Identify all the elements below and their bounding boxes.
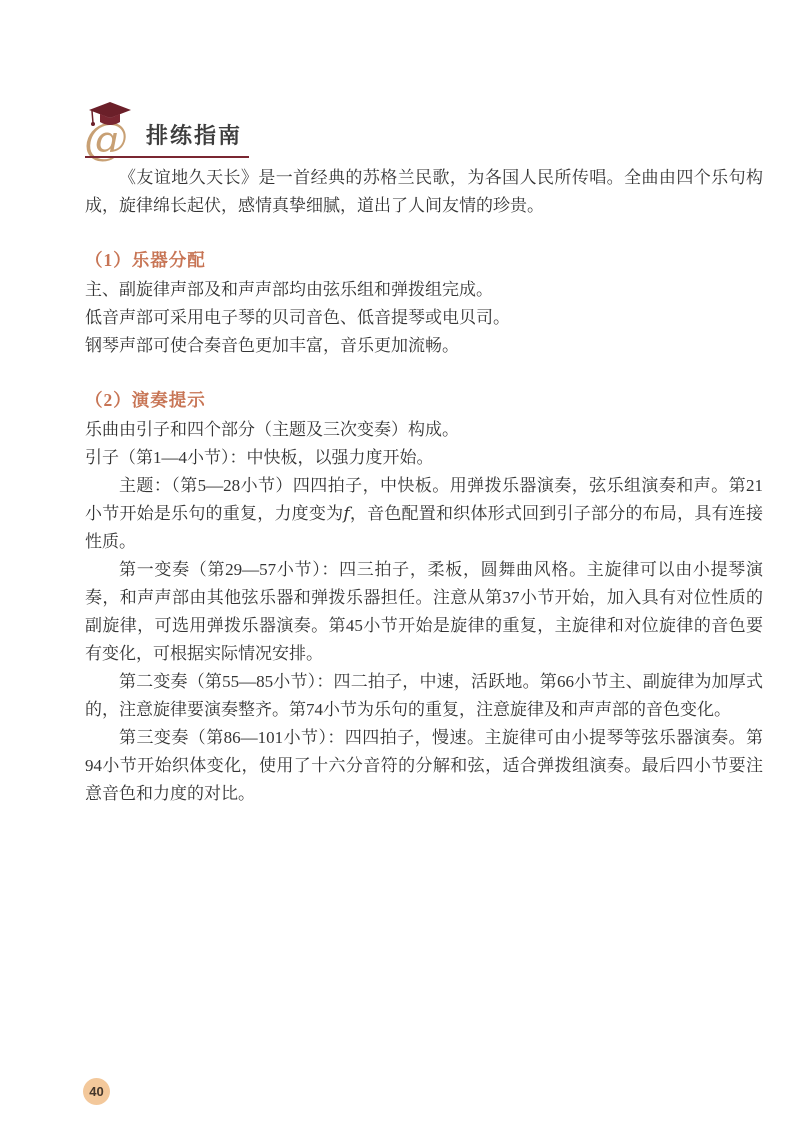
sections-container: （1）乐器分配主、副旋律声部及和声声部均由弦乐组和弹拨组完成。低音声部可采用电子… xyxy=(85,246,763,808)
intro-paragraph: 《友谊地久天长》是一首经典的苏格兰民歌，为各国人民所传唱。全曲由四个乐句构成，旋… xyxy=(85,164,763,220)
body-paragraph: 主题：（第5—28小节）四四拍子，中快板。用弹拨乐器演奏，弦乐组演奏和声。第21… xyxy=(85,472,763,556)
text-run: 引子（第1—4小节）：中快板，以强力度开始。 xyxy=(85,448,434,467)
document-page: @ 排练指南 《友谊地久天长》是一首经典的苏格兰民歌，为各国人民所传唱。全曲由四… xyxy=(0,0,805,1145)
body-paragraph: 主、副旋律声部及和声声部均由弦乐组和弹拨组完成。 xyxy=(85,276,763,304)
page-title: 排练指南 xyxy=(146,119,242,158)
body-paragraph: 第一变奏（第29—57小节）：四三拍子，柔板，圆舞曲风格。主旋律可以由小提琴演奏… xyxy=(85,556,763,668)
content-area: 《友谊地久天长》是一首经典的苏格兰民歌，为各国人民所传唱。全曲由四个乐句构成，旋… xyxy=(85,164,763,808)
header-underline xyxy=(85,156,249,158)
graduation-cap-icon xyxy=(87,102,133,130)
body-paragraph: 引子（第1—4小节）：中快板，以强力度开始。 xyxy=(85,444,763,472)
body-paragraph: 第二变奏（第55—85小节）：四二拍子，中速，活跃地。第66小节主、副旋律为加厚… xyxy=(85,668,763,724)
section-heading-2: （2）演奏提示 xyxy=(85,386,763,414)
page-number: 40 xyxy=(89,1084,103,1099)
body-paragraph: 低音声部可采用电子琴的贝司音色、低音提琴或电贝司。 xyxy=(85,304,763,332)
body-paragraph: 钢琴声部可使合奏音色更加丰富，音乐更加流畅。 xyxy=(85,332,763,360)
section-heading-1: （1）乐器分配 xyxy=(85,246,763,274)
text-run: 第二变奏（第55—85小节）：四二拍子，中速，活跃地。第66小节主、副旋律为加厚… xyxy=(85,672,763,719)
text-run: 第三变奏（第86—101小节）：四四拍子，慢速。主旋律可由小提琴等弦乐器演奏。第… xyxy=(85,728,763,803)
body-paragraph: 第三变奏（第86—101小节）：四四拍子，慢速。主旋律可由小提琴等弦乐器演奏。第… xyxy=(85,724,763,808)
graduation-cap-at-icon: @ xyxy=(84,102,136,158)
body-paragraph: 乐曲由引子和四个部分（主题及三次变奏）构成。 xyxy=(85,416,763,444)
page-number-badge: 40 xyxy=(83,1078,110,1105)
text-run: 第一变奏（第29—57小节）：四三拍子，柔板，圆舞曲风格。主旋律可以由小提琴演奏… xyxy=(85,560,763,663)
text-run: 主、副旋律声部及和声声部均由弦乐组和弹拨组完成。 xyxy=(85,280,493,299)
section-header: @ 排练指南 xyxy=(84,100,242,158)
text-run: 低音声部可采用电子琴的贝司音色、低音提琴或电贝司。 xyxy=(85,308,510,327)
text-run: 钢琴声部可使合奏音色更加丰富，音乐更加流畅。 xyxy=(85,336,459,355)
text-run: 乐曲由引子和四个部分（主题及三次变奏）构成。 xyxy=(85,420,459,439)
